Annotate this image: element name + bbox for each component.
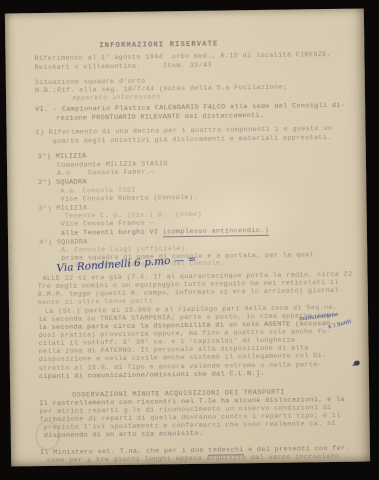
ink-blot	[354, 361, 360, 366]
document-title: INFORMAZIONI RISERVATE	[99, 41, 218, 51]
typed-line: Vice Console Roberto (Console).	[60, 194, 197, 204]
typed-text-layer: INFORMAZIONI RISERVATERiferimento al 1° …	[5, 9, 364, 14]
typed-line: 1°) MILIZIA	[38, 152, 87, 161]
typed-line: Vice Console Franco —	[61, 219, 154, 228]
typed-line: A.o Console Faber.—	[57, 168, 155, 177]
typed-line: alle Tenenti borghi VI (complesso antinc…	[61, 227, 269, 238]
document-page: INFORMAZIONI RISERVATERiferimento al 1° …	[5, 9, 370, 467]
scanned-document-view: { "colors":{ "surround":"#0a0908", "pape…	[0, 0, 379, 480]
typed-line: Reiskart o villamontina. Item. 33/43	[35, 62, 212, 72]
typed-line: apparato interessato	[72, 93, 161, 102]
typed-line: mente di altre tenue parti.	[38, 297, 158, 307]
typed-line: 2°) SQUADRA	[38, 178, 87, 187]
underlined-text: (complesso antincendio.)	[163, 227, 269, 237]
handwriting-layer: Via Rondinelli 6 p.mo — =manutenzione× i…	[5, 9, 364, 14]
typed-line: disponendo di un arto sia acquisito.	[44, 430, 204, 440]
typed-text: alle Tenenti borghi VI	[61, 228, 163, 237]
typed-line: rezione PRONTUARIO RILEVANTE dei distacc…	[56, 112, 264, 123]
